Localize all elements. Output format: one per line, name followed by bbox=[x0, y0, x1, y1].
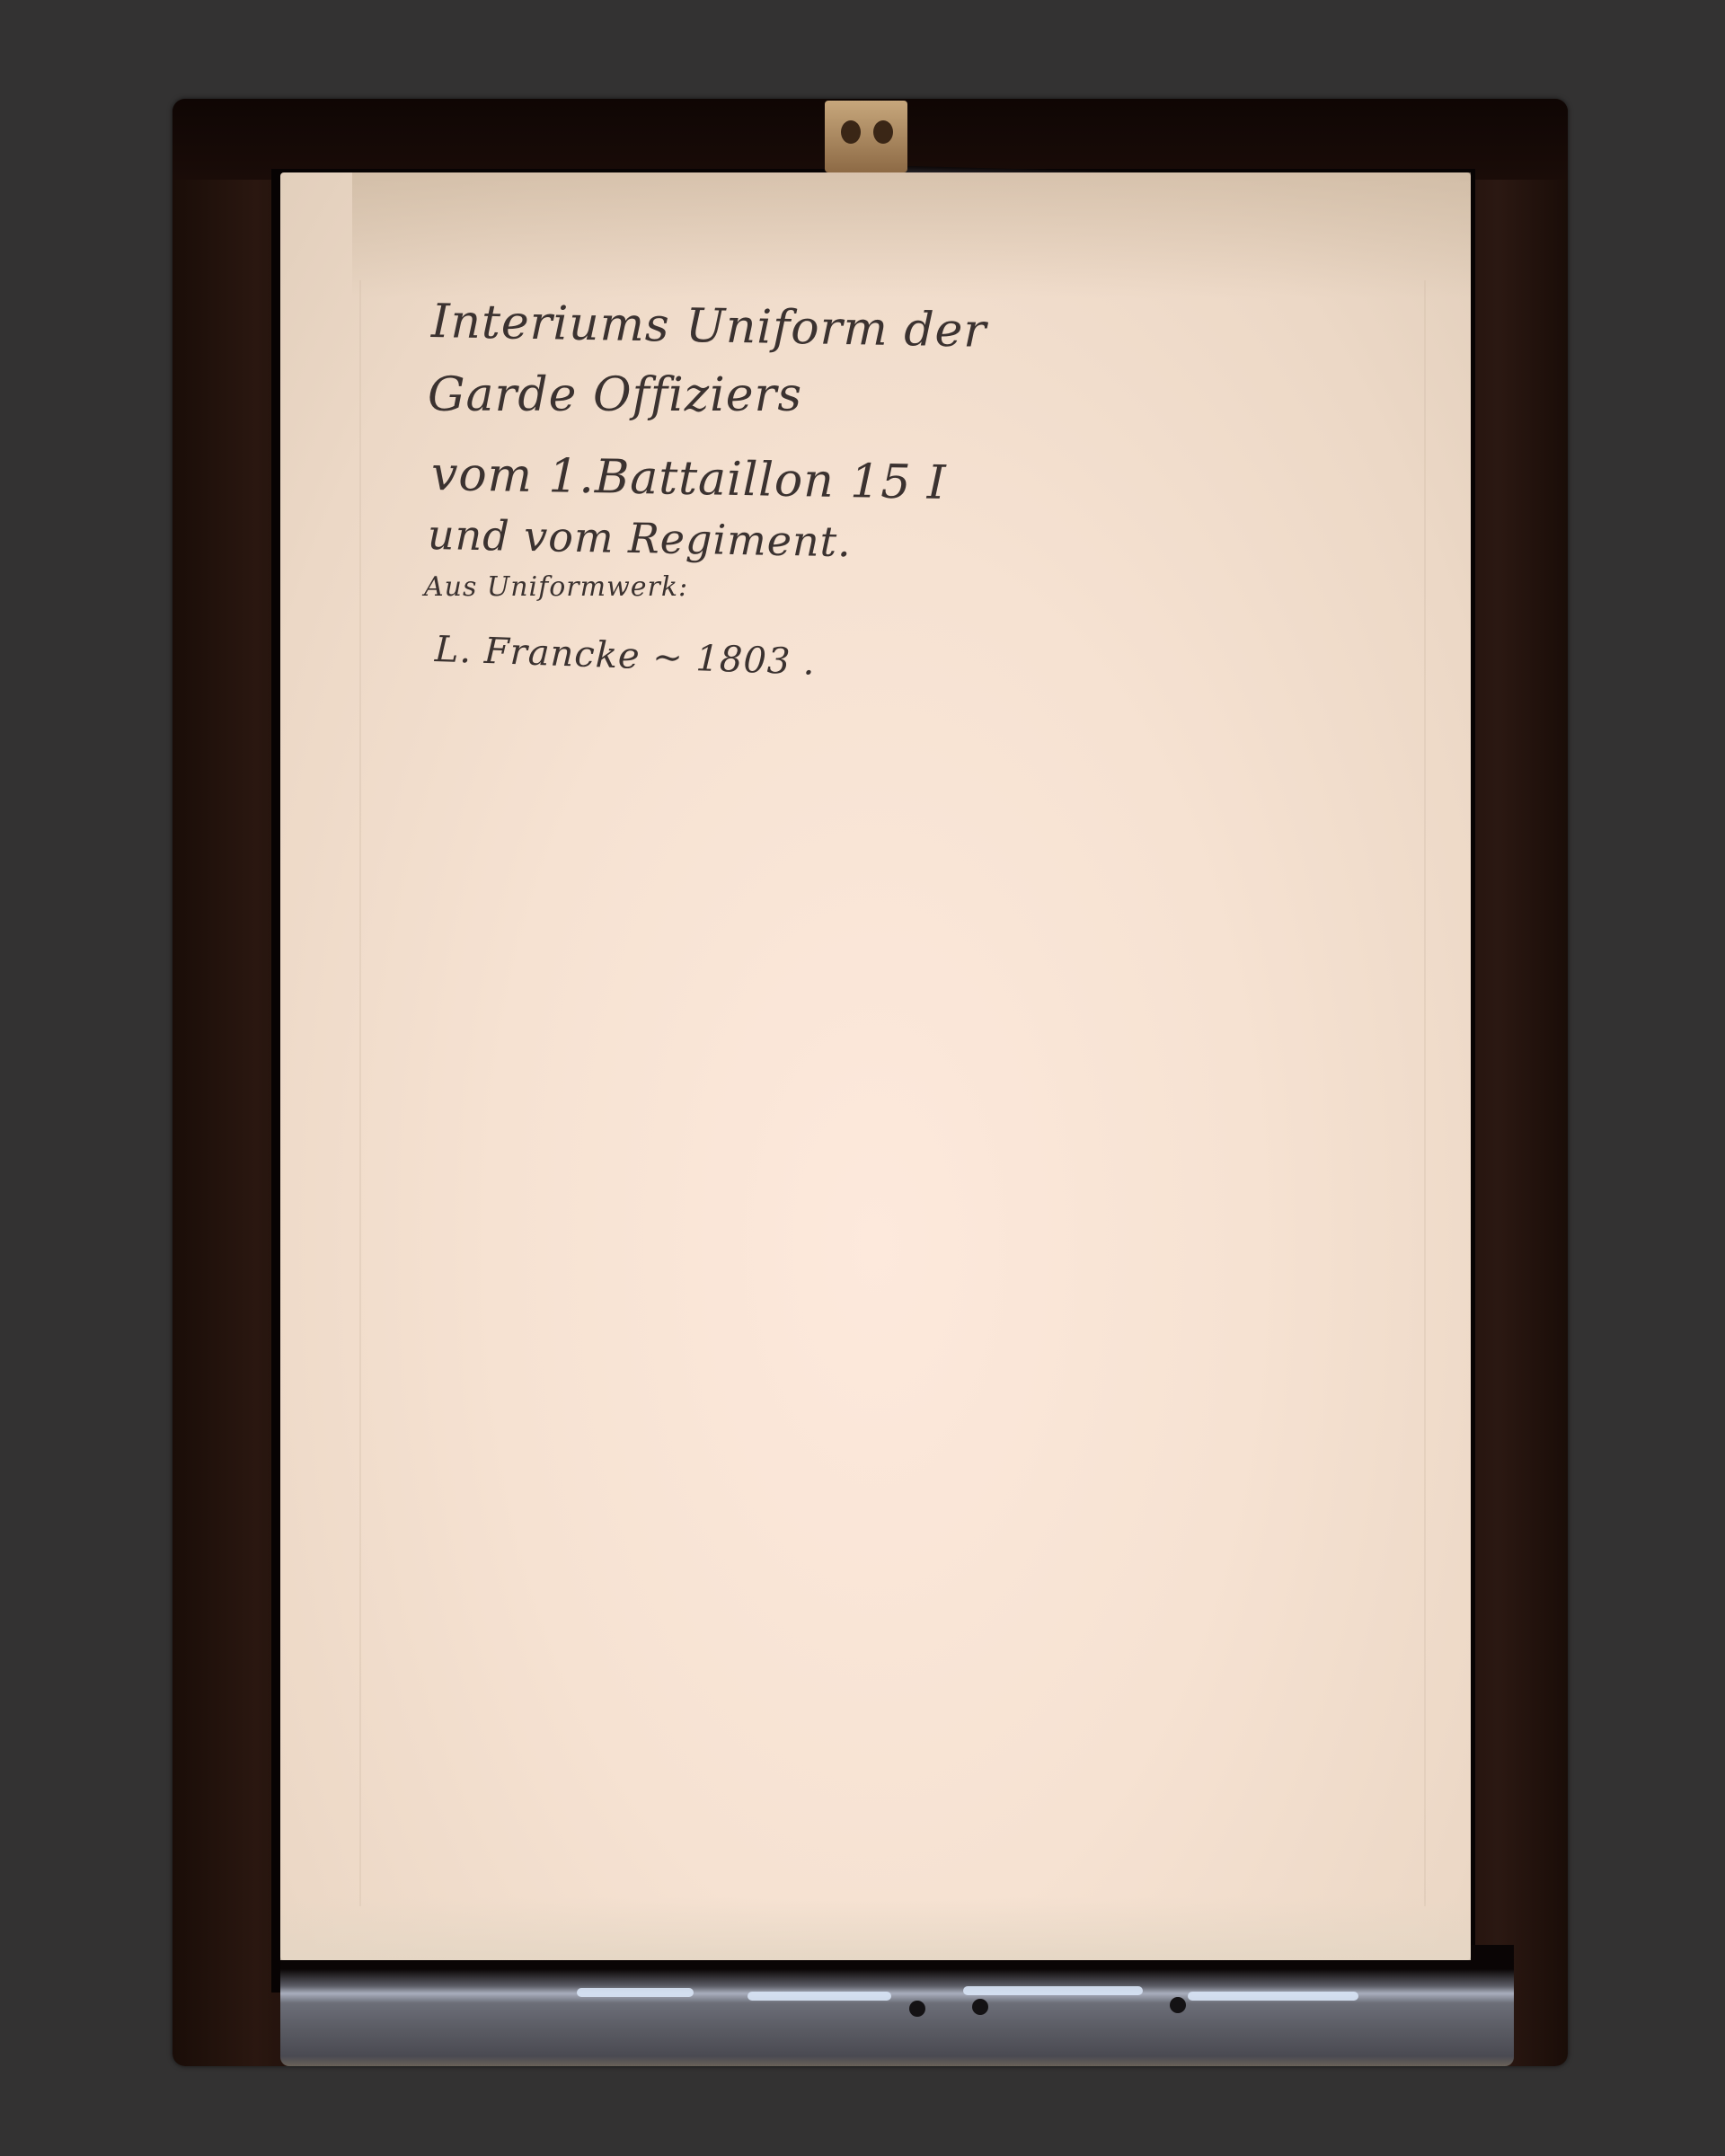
glare-highlight bbox=[577, 1988, 694, 1997]
screw-hole bbox=[972, 1999, 988, 2015]
glare-highlight bbox=[747, 1992, 891, 2001]
paper-label bbox=[280, 172, 1471, 1960]
paper-tape-strip bbox=[280, 1897, 1471, 1960]
hanger-hole bbox=[841, 120, 861, 144]
handwritten-line-5: Aus Uniformwerk: bbox=[424, 571, 688, 603]
hanger-hole bbox=[873, 120, 893, 144]
hanger-bracket-icon bbox=[825, 101, 907, 172]
glare-highlight bbox=[1188, 1992, 1358, 2001]
screw-hole bbox=[1170, 1997, 1186, 2013]
handwritten-line-4: und vom Regiment. bbox=[428, 510, 853, 566]
handwritten-line-2: Garde Offiziers bbox=[428, 368, 802, 422]
handwritten-line-1: Interiums Uniform der bbox=[430, 295, 986, 358]
glare-highlight bbox=[963, 1986, 1143, 1995]
frame-bottom-rail bbox=[280, 1945, 1514, 2066]
screw-hole bbox=[909, 2001, 925, 2017]
handwritten-line-3: vom 1.Battaillon 15 I bbox=[430, 447, 947, 510]
